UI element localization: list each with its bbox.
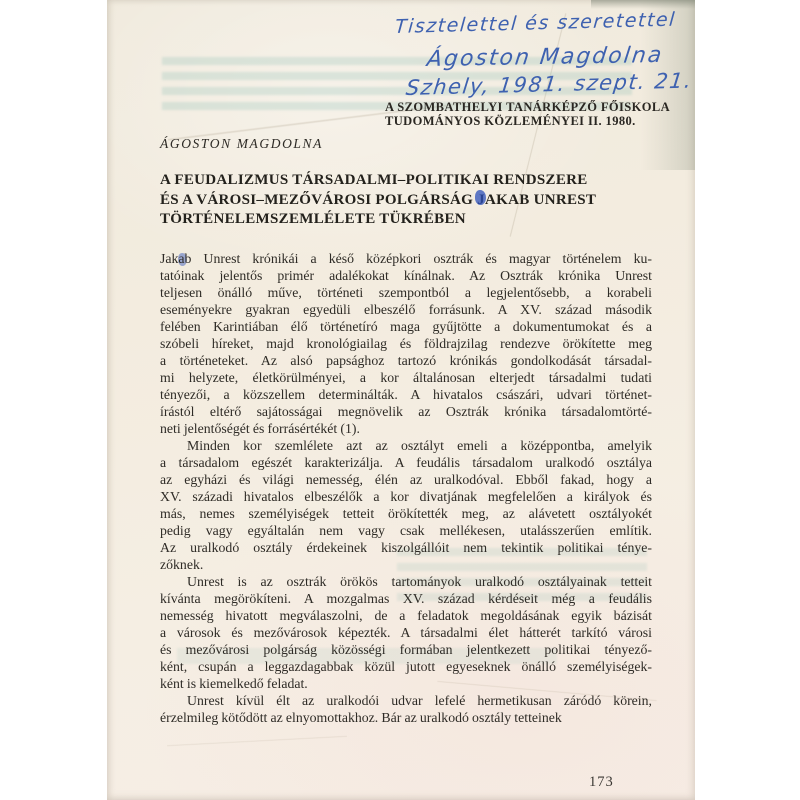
text-line: teljesen önálló műve, történeti szempont…: [160, 284, 652, 301]
text-line: ként is kiemelkedő feladat.: [160, 675, 652, 692]
text-line: felében Karintiában élő történetíró maga…: [160, 318, 652, 335]
text-line: mi helyzete, életkörülményei, a kor álta…: [160, 369, 652, 386]
paragraph: Minden kor szemlélete azt az osztályt em…: [160, 437, 652, 573]
handwritten-signature: Ágoston Magdolna: [425, 43, 664, 72]
page-number: 173: [589, 774, 614, 791]
text-line: Unrest is az osztrák örökös tartományok …: [160, 573, 652, 590]
author-name: ÁGOSTON MAGDOLNA: [160, 136, 323, 152]
paper-crease: [167, 735, 347, 746]
text-line: más, nemes személyiségek tetteit örökíte…: [160, 505, 652, 522]
text-line: írástól eltérő sajátosságai megnövelik a…: [160, 403, 652, 420]
text-line: a történeteket. Az alsó papsághoz tartoz…: [160, 352, 652, 369]
blue-ink-mark: [475, 190, 486, 205]
text-line: érzelmileg kötődött az elnyomottakhoz. B…: [160, 709, 652, 726]
text-line: Unrest kívül élt az uralkodói udvar lefe…: [160, 692, 652, 709]
text-line: tényezői, a közszellem determinálták. A …: [160, 386, 652, 403]
text-line: eseményekre gyakran egyedüli elbeszélő f…: [160, 301, 652, 318]
paragraph: Unrest is az osztrák örökös tartományok …: [160, 573, 652, 692]
text-line: zőknek.: [160, 556, 652, 573]
publication-header-line1: A SZOMBATHELYI TANÁRKÉPZŐ FŐISKOLA: [385, 100, 670, 114]
text-line: Az uralkodó osztály érdekeinek kiszolgál…: [160, 539, 652, 556]
scan-canvas: Tisztelettel és szeretettel Ágoston Magd…: [0, 0, 800, 800]
text-line: neti jelentőségét és forrásértékét (1).: [160, 420, 652, 437]
text-line: ként, csupán a leggazdagabbak közül juto…: [160, 658, 652, 675]
text-line: az egyházi és világi nemesség, élén az u…: [160, 471, 652, 488]
paragraph: Jakab Unrest krónikái a késő középkori o…: [160, 250, 652, 437]
article-title: A FEUDALIZMUS TÁRSADALMI–POLITIKAI RENDS…: [160, 171, 596, 230]
text-line: XV. századi hivatalos elbeszélők a kor d…: [160, 488, 652, 505]
publication-header-line2: TUDOMÁNYOS KÖZLEMÉNYEI II. 1980.: [385, 114, 670, 128]
text-line: Minden kor szemlélete azt az osztályt em…: [160, 437, 652, 454]
article-title-line2: ÉS A VÁROSI–MEZŐVÁROSI POLGÁRSÁG JAKAB U…: [160, 191, 596, 211]
text-line: nemesség hivatott megválaszolni, de a fe…: [160, 607, 652, 624]
text-line: és mezővárosi polgárság közösségi formáb…: [160, 641, 652, 658]
article-title-line3: TÖRTÉNELEMSZEMLÉLETE TÜKRÉBEN: [160, 210, 596, 230]
text-line: a társadalom egészét karakterizálja. A f…: [160, 454, 652, 471]
text-line: kívánta megörökíteni. A mozgalmas XV. sz…: [160, 590, 652, 607]
paragraph: Unrest kívül élt az uralkodói udvar lefe…: [160, 692, 652, 726]
scanned-page: Tisztelettel és szeretettel Ágoston Magd…: [107, 0, 695, 800]
article-body: Jakab Unrest krónikái a késő középkori o…: [160, 250, 652, 726]
text-line: szóbeli híreket, majd kronológiailag és …: [160, 335, 652, 352]
text-line: a városok és mezővárosok képezték. A tár…: [160, 624, 652, 641]
text-line: tatóinak jelentős primér adalékokat kíná…: [160, 267, 652, 284]
publication-header: A SZOMBATHELYI TANÁRKÉPZŐ FŐISKOLA TUDOM…: [385, 100, 670, 128]
article-title-line1: A FEUDALIZMUS TÁRSADALMI–POLITIKAI RENDS…: [160, 171, 596, 191]
text-line: Jakab Unrest krónikái a késő középkori o…: [160, 250, 652, 267]
text-line: pedig vagy egyáltalán nem vagy csak mell…: [160, 522, 652, 539]
